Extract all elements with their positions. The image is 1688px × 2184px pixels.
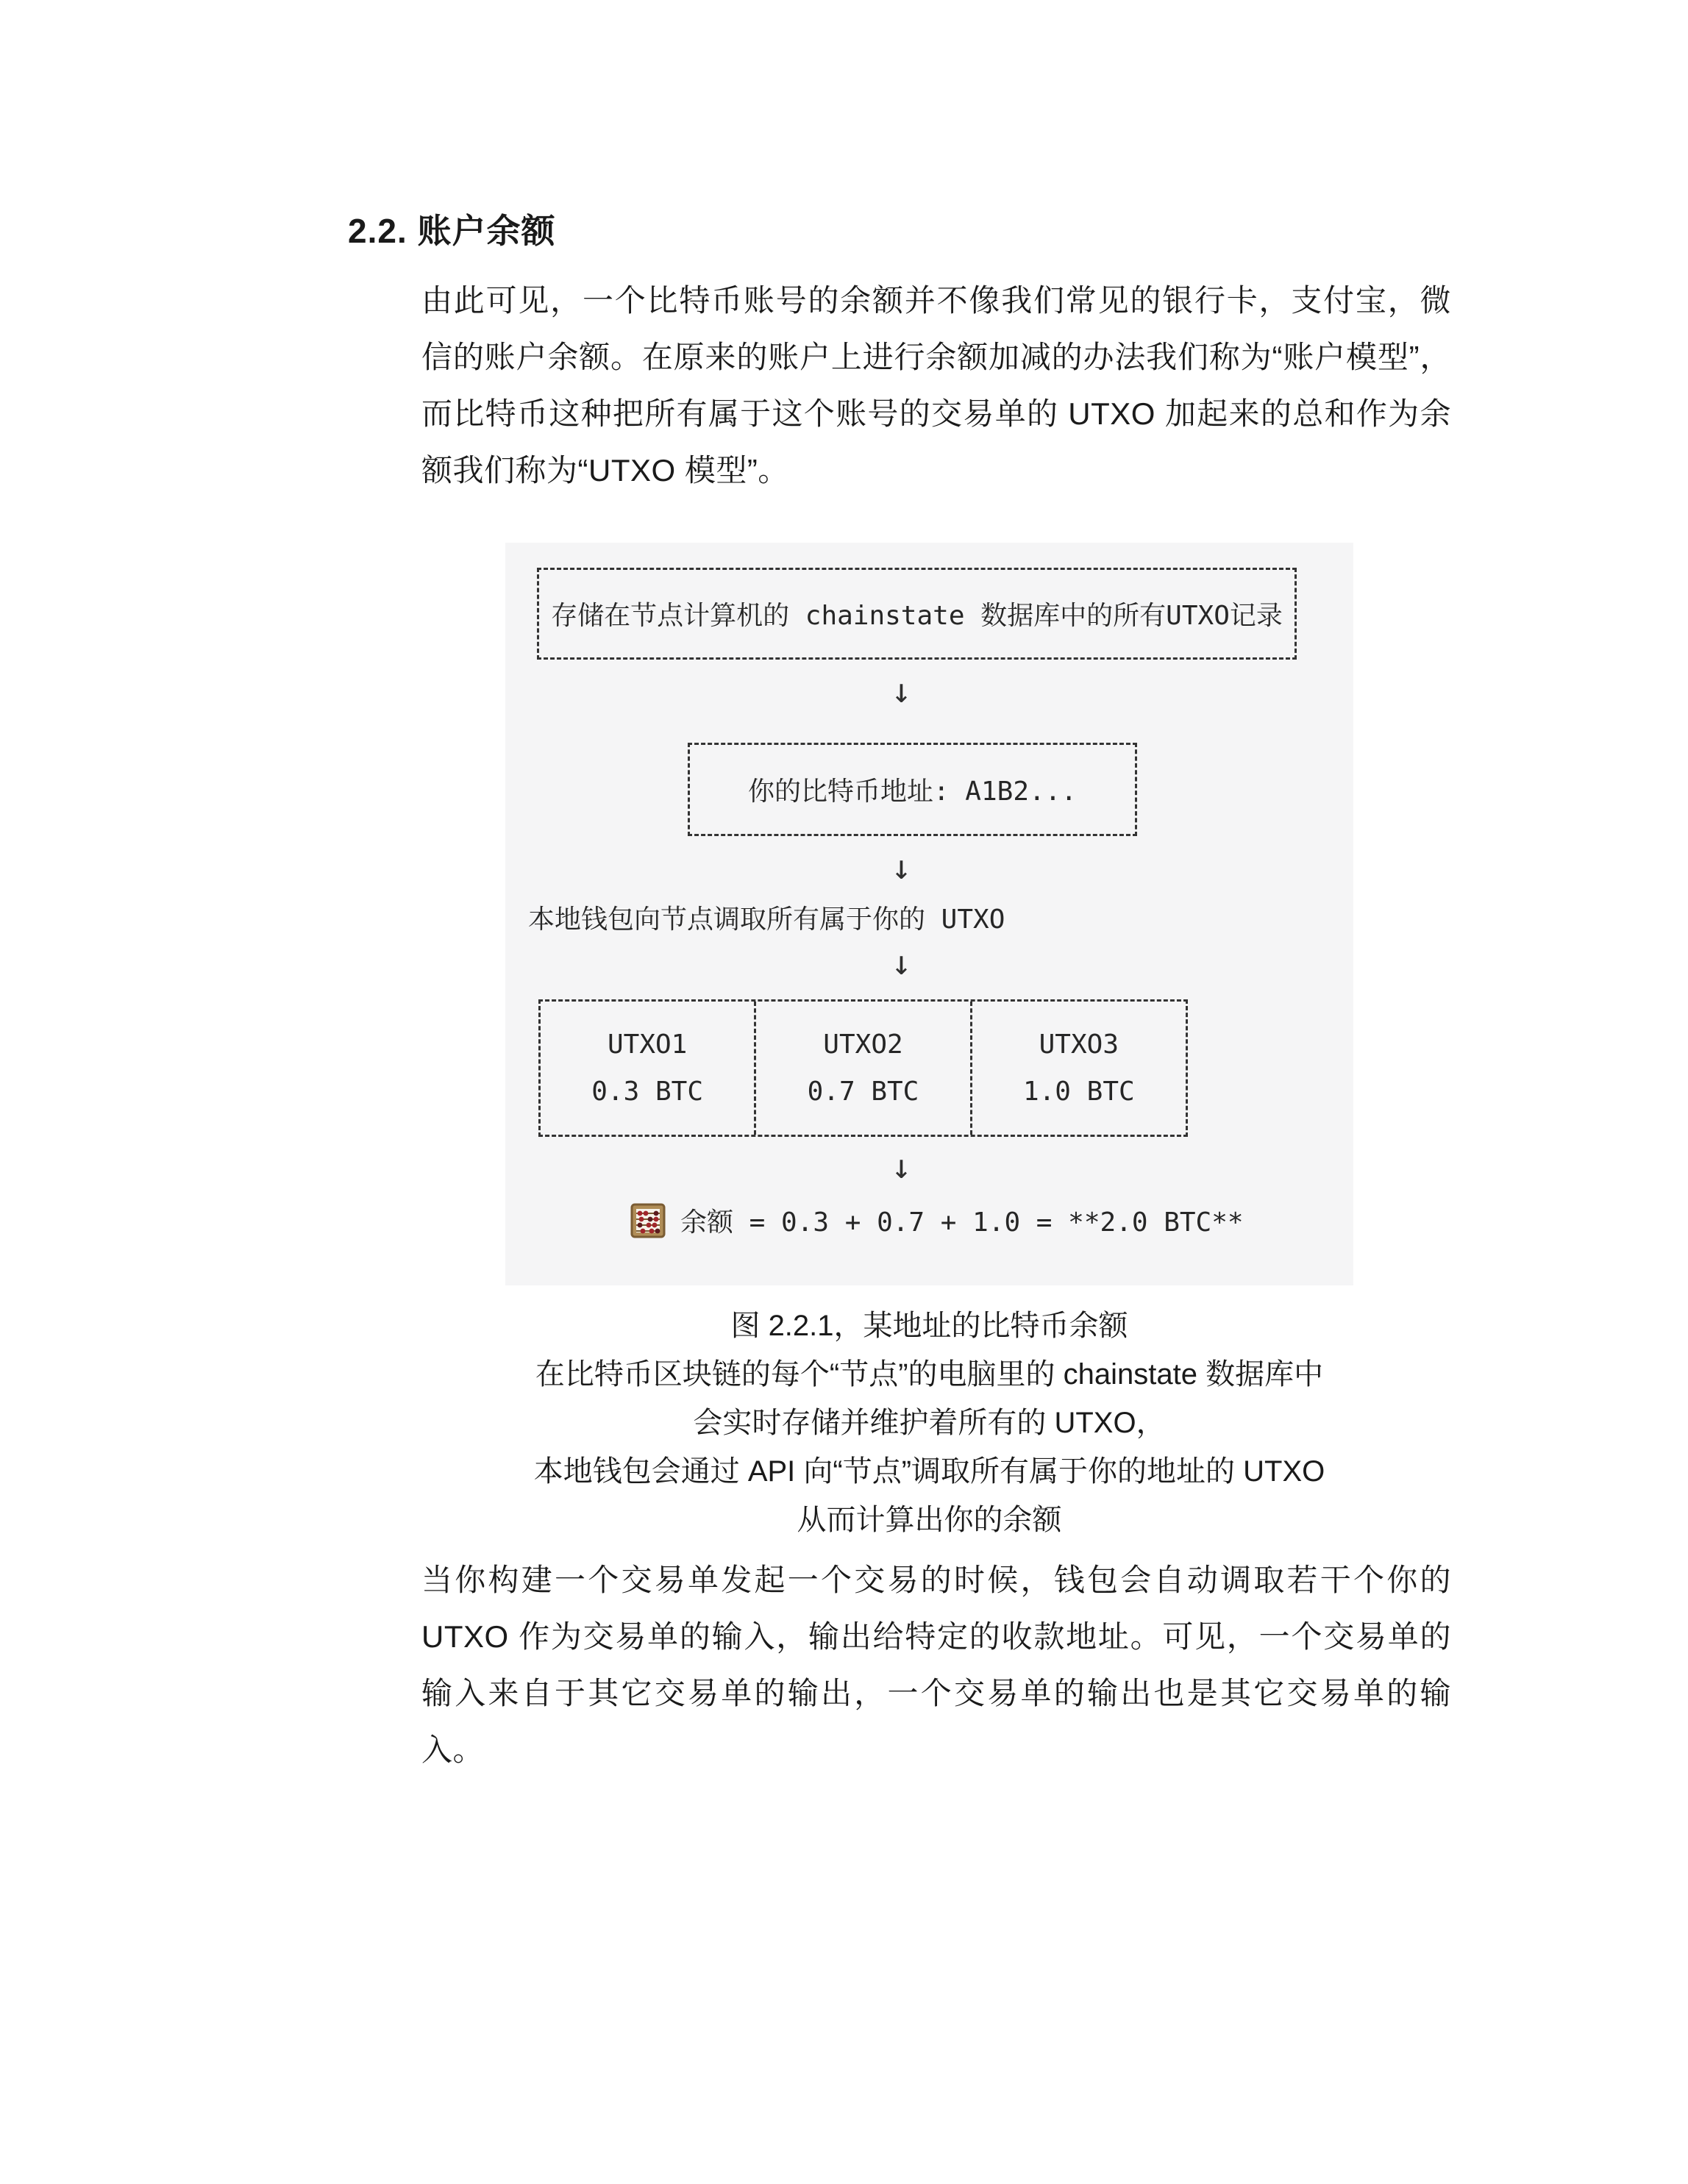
down-arrow-icon: ↓	[477, 1147, 1325, 1185]
diagram-box-address-label: 你的比特币地址: A1B2...	[748, 771, 1077, 808]
utxo-name: UTXO3	[1039, 1031, 1119, 1059]
utxo-name: UTXO1	[608, 1031, 687, 1059]
document-page: 2.2. 账户余额 由此可见，一个比特币账号的余额并不像我们常见的银行卡，支付宝…	[0, 0, 1688, 2184]
diagram-box-chainstate-label: 存储在节点计算机的 chainstate 数据库中的所有UTXO记录	[551, 595, 1283, 632]
utxo-amount: 0.3 BTC	[591, 1078, 703, 1106]
caption-line-1: 图 2.2.1，某地址的比特币余额	[505, 1302, 1353, 1350]
diagram-utxo-table: UTXO1 0.3 BTC UTXO2 0.7 BTC UTXO3 1.0 BT…	[538, 999, 1188, 1137]
abacus-icon	[630, 1203, 666, 1238]
utxo-amount: 1.0 BTC	[1023, 1078, 1135, 1106]
caption-line-3: 会实时存储并维护着所有的 UTXO，	[505, 1399, 1353, 1447]
balance-formula: 余额 = 0.3 + 0.7 + 1.0 = **2.0 BTC**	[680, 1202, 1244, 1239]
down-arrow-icon: ↓	[477, 848, 1325, 886]
diagram-box-chainstate: 存储在节点计算机的 chainstate 数据库中的所有UTXO记录	[537, 568, 1297, 660]
utxo-name: UTXO2	[823, 1031, 902, 1059]
caption-line-2: 在比特币区块链的每个“节点”的电脑里的 chainstate 数据库中	[505, 1350, 1353, 1399]
utxo-amount: 0.7 BTC	[808, 1078, 919, 1106]
figure-caption: 图 2.2.1，某地址的比特币余额 在比特币区块链的每个“节点”的电脑里的 ch…	[505, 1302, 1353, 1544]
diagram-box-address: 你的比特币地址: A1B2...	[688, 743, 1137, 836]
paragraph-transaction: 当你构建一个交易单发起一个交易的时候，钱包会自动调取若干个你的 UTXO 作为交…	[421, 1552, 1451, 1778]
utxo-cell-2: UTXO2 0.7 BTC	[754, 1002, 969, 1135]
paragraph-account-balance: 由此可见，一个比特币账号的余额并不像我们常见的银行卡，支付宝，微信的账户余额。在…	[421, 272, 1451, 499]
down-arrow-icon: ↓	[477, 943, 1325, 982]
caption-line-5: 从而计算出你的余额	[505, 1496, 1353, 1544]
diagram-balance-line: 余额 = 0.3 + 0.7 + 1.0 = **2.0 BTC**	[630, 1202, 1244, 1239]
utxo-cell-3: UTXO3 1.0 BTC	[970, 1002, 1186, 1135]
down-arrow-icon: ↓	[477, 671, 1325, 710]
caption-line-4: 本地钱包会通过 API 向“节点”调取所有属于你的地址的 UTXO	[505, 1447, 1353, 1496]
utxo-cell-1: UTXO1 0.3 BTC	[541, 1002, 754, 1135]
utxo-diagram-panel: 存储在节点计算机的 chainstate 数据库中的所有UTXO记录 ↓ 你的比…	[505, 543, 1353, 1285]
section-heading: 2.2. 账户余额	[348, 213, 1688, 249]
diagram-fetch-line: 本地钱包向节点调取所有属于你的 UTXO	[528, 904, 1005, 936]
